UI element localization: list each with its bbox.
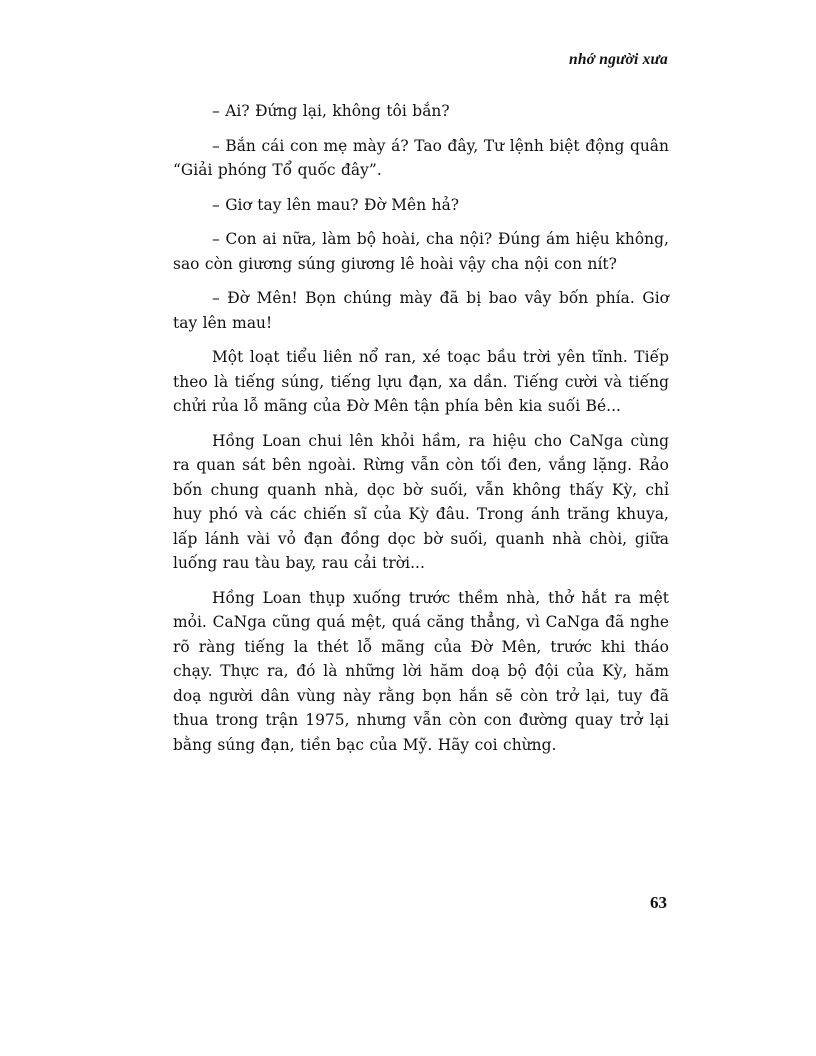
dialog-line-4: – Con ai nữa, làm bộ hoài, cha nội? Đúng… bbox=[173, 227, 669, 276]
running-header: nhớ người xưa bbox=[569, 51, 668, 69]
book-page: nhớ người xưa – Ai? Đứng lại, không tôi … bbox=[0, 0, 816, 1056]
dialog-line-2: – Bắn cái con mẹ mày á? Tao đây, Tư lệnh… bbox=[173, 134, 669, 183]
narrative-paragraph-3: Hồng Loan thụp xuống trước thềm nhà, thở… bbox=[173, 586, 669, 758]
body-text: – Ai? Đứng lại, không tôi bắn? – Bắn cái… bbox=[173, 99, 669, 767]
page-number: 63 bbox=[650, 893, 667, 913]
dialog-line-1: – Ai? Đứng lại, không tôi bắn? bbox=[173, 99, 669, 124]
narrative-paragraph-1: Một loạt tiểu liên nổ ran, xé toạc bầu t… bbox=[173, 345, 669, 419]
dialog-line-5: – Đờ Mên! Bọn chúng mày đã bị bao vây bố… bbox=[173, 286, 669, 335]
narrative-paragraph-2: Hồng Loan chui lên khỏi hầm, ra hiệu cho… bbox=[173, 429, 669, 576]
dialog-line-3: – Giơ tay lên mau? Đờ Mên hả? bbox=[173, 193, 669, 218]
